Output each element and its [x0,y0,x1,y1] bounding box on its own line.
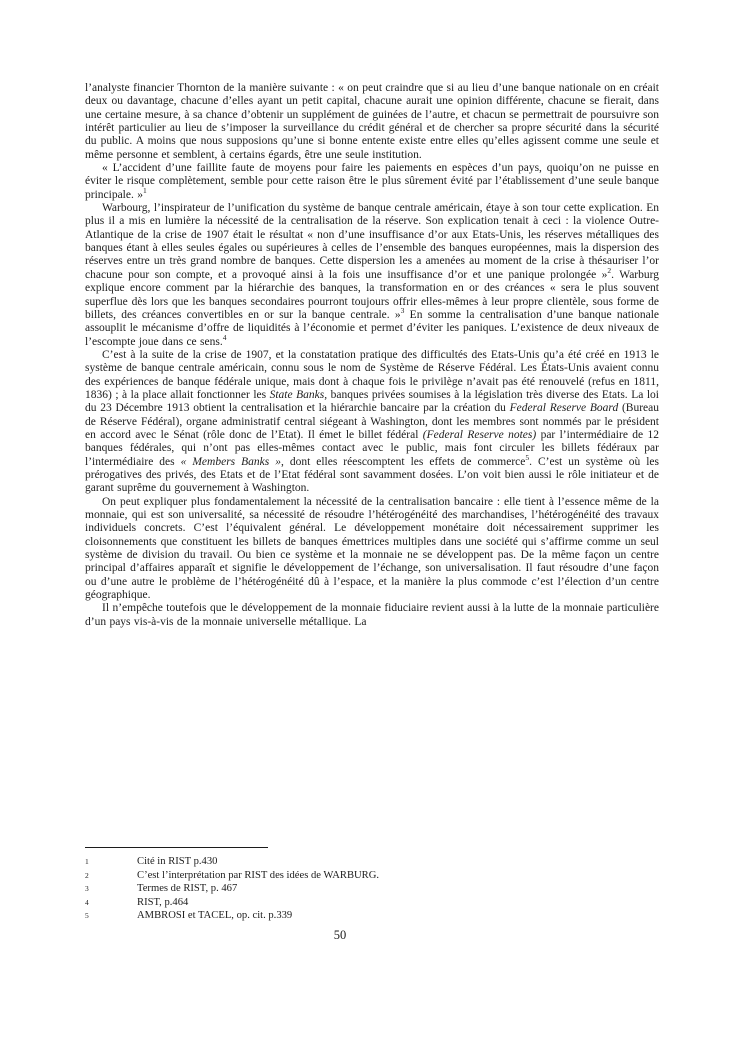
footnote: 1Cité in RIST p.430 [85,855,659,869]
footnote-number: 2 [85,869,137,883]
paragraph: « L’accident d’une faillite faute de moy… [85,162,659,202]
footnotes-section: 1Cité in RIST p.4302C’est l’interprétati… [85,847,659,923]
footnote: 5AMBROSI et TACEL, op. cit. p.339 [85,909,659,923]
footnote-separator [85,847,268,848]
footnote: 3Termes de RIST, p. 467 [85,882,659,896]
footnote-number: 1 [85,855,137,869]
footnote: 2C’est l’interprétation par RIST des idé… [85,869,659,883]
paragraph: l’analyste financier Thornton de la mani… [85,82,659,162]
footnote-number: 5 [85,909,137,923]
text-run: On peut expliquer plus fondamentalement … [85,496,659,601]
footnote-number: 3 [85,882,137,896]
page-number: 50 [295,928,385,943]
italic-run: State Banks [270,389,325,401]
footnotes-list: 1Cité in RIST p.4302C’est l’interprétati… [85,855,659,923]
text-run: , dont elles réescomptent les effets de … [281,456,525,468]
italic-run: « Members Banks » [181,456,281,468]
paragraph: Warbourg, l’inspirateur de l’unification… [85,202,659,349]
footnote-marker: 1 [143,186,147,195]
text-run: Warbourg, l’inspirateur de l’unification… [85,202,659,281]
text-run: « L’accident d’une faillite faute de moy… [85,162,659,201]
paragraph: On peut expliquer plus fondamentalement … [85,496,659,603]
document-page: l’analyste financier Thornton de la mani… [0,0,744,1053]
footnote-text: AMBROSI et TACEL, op. cit. p.339 [137,909,659,923]
paragraph: C’est à la suite de la crise de 1907, et… [85,349,659,496]
text-block: l’analyste financier Thornton de la mani… [85,82,659,629]
footnote-number: 4 [85,896,137,910]
footnote-text: C’est l’interprétation par RIST des idée… [137,869,659,883]
footnote: 4RIST, p.464 [85,896,659,910]
footnote-text: RIST, p.464 [137,896,659,910]
paragraph: Il n’empêche toutefois que le développem… [85,602,659,629]
text-run: l’analyste financier Thornton de la mani… [85,82,659,161]
italic-run: Federal Reserve Board [510,402,619,414]
footnote-marker: 4 [223,333,227,342]
text-run: Il n’empêche toutefois que le développem… [85,602,659,627]
footnote-text: Termes de RIST, p. 467 [137,882,659,896]
footnote-text: Cité in RIST p.430 [137,855,659,869]
italic-run: (Federal Reserve notes) [423,429,536,441]
